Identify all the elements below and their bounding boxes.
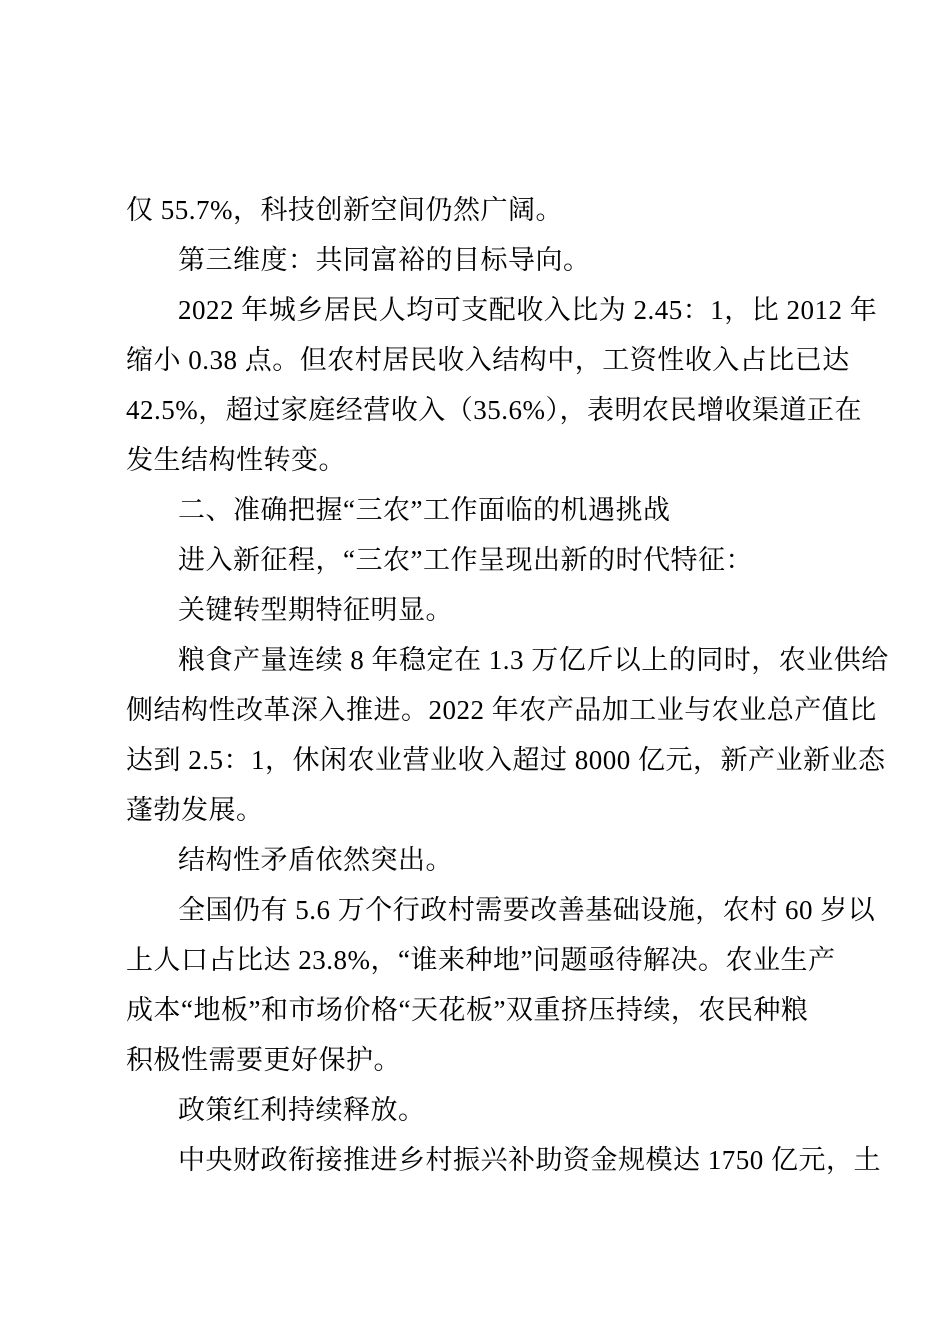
body-text-line: 2022 年城乡居民人均可支配收入比为 2.45：1，比 2012 年	[126, 285, 832, 335]
body-text-line: 进入新征程，“三农”工作呈现出新的时代特征：	[126, 535, 832, 585]
body-text-line: 发生结构性转变。	[126, 435, 832, 485]
body-text-line: 第三维度：共同富裕的目标导向。	[126, 235, 832, 285]
body-text-line: 成本“地板”和市场价格“天花板”双重挤压持续，农民种粮	[126, 985, 832, 1035]
body-text-line: 缩小 0.38 点。但农村居民收入结构中，工资性收入占比已达	[126, 335, 832, 385]
body-text-line: 全国仍有 5.6 万个行政村需要改善基础设施，农村 60 岁以	[126, 885, 832, 935]
body-text-line: 粮食产量连续 8 年稳定在 1.3 万亿斤以上的同时，农业供给	[126, 635, 832, 685]
body-text-line: 政策红利持续释放。	[126, 1085, 832, 1135]
body-text-line: 42.5%，超过家庭经营收入（35.6%），表明农民增收渠道正在	[126, 385, 832, 435]
body-text-line: 关键转型期特征明显。	[126, 585, 832, 635]
body-text-line: 上人口占比达 23.8%，“谁来种地”问题亟待解决。农业生产	[126, 935, 832, 985]
body-text-line: 侧结构性改革深入推进。2022 年农产品加工业与农业总产值比	[126, 685, 832, 735]
document-lines: 仅 55.7%，科技创新空间仍然广阔。第三维度：共同富裕的目标导向。2022 年…	[126, 185, 832, 1185]
body-text-line: 仅 55.7%，科技创新空间仍然广阔。	[126, 185, 832, 235]
body-text-line: 达到 2.5：1，休闲农业营业收入超过 8000 亿元，新产业新业态	[126, 735, 832, 785]
body-text-line: 结构性矛盾依然突出。	[126, 835, 832, 885]
section-heading-line: 二、准确把握“三农”工作面临的机遇挑战	[126, 485, 832, 535]
body-text-line: 蓬勃发展。	[126, 785, 832, 835]
body-text-line: 中央财政衔接推进乡村振兴补助资金规模达 1750 亿元，土	[126, 1135, 832, 1185]
document-page: 仅 55.7%，科技创新空间仍然广阔。第三维度：共同富裕的目标导向。2022 年…	[0, 0, 950, 1344]
body-text-line: 积极性需要更好保护。	[126, 1035, 832, 1085]
